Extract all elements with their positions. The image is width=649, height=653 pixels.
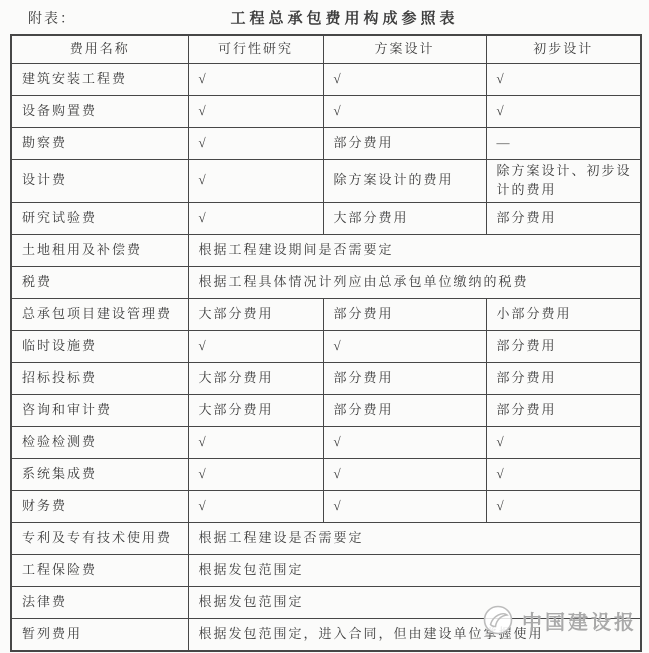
fee-value-cell: √ (323, 458, 486, 490)
table-row: 咨询和审计费大部分费用部分费用部分费用 (11, 394, 641, 426)
fee-name-cell: 设计费 (11, 160, 188, 203)
fee-name-cell: 法律费 (11, 586, 188, 618)
column-header-2: 可行性研究 (188, 35, 323, 64)
fee-name-cell: 专利及专有技术使用费 (11, 522, 188, 554)
watermark: 中国建设报 (482, 604, 637, 636)
page-title: 工程总承包费用构成参照表 (230, 7, 458, 28)
fee-value-cell: √ (188, 330, 323, 362)
fee-value-cell: √ (188, 426, 323, 458)
table-row: 检验检测费√√√ (11, 426, 641, 458)
fee-value-cell: 小部分费用 (486, 298, 641, 330)
table-row: 系统集成费√√√ (11, 458, 641, 490)
fee-value-cell: 部分费用 (323, 362, 486, 394)
fee-name-cell: 勘察费 (11, 128, 188, 160)
watermark-text: 中国建设报 (522, 606, 637, 635)
china-construction-news-logo-icon (482, 604, 514, 636)
fee-value-cell: — (486, 128, 641, 160)
fee-span-cell: 根据工程具体情况计列应由总承包单位缴纳的税费 (188, 266, 641, 298)
fee-value-cell: √ (188, 458, 323, 490)
fee-span-cell: 根据工程建设期间是否需要定 (188, 234, 641, 266)
fee-value-cell: 大部分费用 (323, 202, 486, 234)
fee-value-cell: 大部分费用 (188, 362, 323, 394)
fee-name-cell: 研究试验费 (11, 202, 188, 234)
caption-row: 附表： 工程总承包费用构成参照表 (0, 0, 649, 34)
fee-value-cell: √ (323, 490, 486, 522)
fee-name-cell: 检验检测费 (11, 426, 188, 458)
table-row: 临时设施费√√部分费用 (11, 330, 641, 362)
fee-value-cell: √ (188, 202, 323, 234)
fee-value-cell: √ (323, 96, 486, 128)
fee-value-cell: 部分费用 (486, 330, 641, 362)
fee-name-cell: 工程保险费 (11, 554, 188, 586)
fee-name-cell: 总承包项目建设管理费 (11, 298, 188, 330)
table-row: 建筑安装工程费√√√ (11, 64, 641, 96)
fee-value-cell: √ (323, 64, 486, 96)
table-row: 工程保险费根据发包范围定 (11, 554, 641, 586)
table-row: 勘察费√部分费用— (11, 128, 641, 160)
fee-name-cell: 系统集成费 (11, 458, 188, 490)
fee-value-cell: 大部分费用 (188, 394, 323, 426)
fee-name-cell: 财务费 (11, 490, 188, 522)
fee-name-cell: 咨询和审计费 (11, 394, 188, 426)
table-row: 招标投标费大部分费用部分费用部分费用 (11, 362, 641, 394)
fee-value-cell: √ (323, 426, 486, 458)
fee-value-cell: 部分费用 (323, 128, 486, 160)
fee-value-cell: √ (486, 490, 641, 522)
fee-name-cell: 设备购置费 (11, 96, 188, 128)
table-row: 专利及专有技术使用费根据工程建设是否需要定 (11, 522, 641, 554)
table-row: 土地租用及补偿费根据工程建设期间是否需要定 (11, 234, 641, 266)
fee-value-cell: 部分费用 (486, 362, 641, 394)
fee-value-cell: √ (323, 330, 486, 362)
fee-value-cell: 部分费用 (323, 298, 486, 330)
fee-composition-table: 费用名称可行性研究方案设计初步设计 建筑安装工程费√√√设备购置费√√√勘察费√… (10, 34, 642, 652)
fee-value-cell: √ (188, 490, 323, 522)
fee-span-cell: 根据工程建设是否需要定 (188, 522, 641, 554)
fee-value-cell: √ (188, 64, 323, 96)
fee-value-cell: 部分费用 (486, 202, 641, 234)
fee-name-cell: 临时设施费 (11, 330, 188, 362)
fee-value-cell: √ (486, 64, 641, 96)
fee-value-cell: √ (188, 96, 323, 128)
fee-value-cell: 部分费用 (323, 394, 486, 426)
fee-value-cell: 除方案设计的费用 (323, 160, 486, 203)
fee-span-cell: 根据发包范围定 (188, 554, 641, 586)
fee-value-cell: √ (188, 128, 323, 160)
fee-name-cell: 税费 (11, 266, 188, 298)
fee-value-cell: 大部分费用 (188, 298, 323, 330)
fee-name-cell: 建筑安装工程费 (11, 64, 188, 96)
table-row: 设计费√除方案设计的费用除方案设计、初步设计的费用 (11, 160, 641, 203)
fee-value-cell: √ (486, 426, 641, 458)
table-header-row: 费用名称可行性研究方案设计初步设计 (11, 35, 641, 64)
attachment-label: 附表： (28, 8, 76, 28)
column-header-4: 初步设计 (486, 35, 641, 64)
fee-value-cell: 部分费用 (486, 394, 641, 426)
table-row: 税费根据工程具体情况计列应由总承包单位缴纳的税费 (11, 266, 641, 298)
fee-name-cell: 土地租用及补偿费 (11, 234, 188, 266)
fee-value-cell: √ (486, 96, 641, 128)
table-row: 设备购置费√√√ (11, 96, 641, 128)
fee-value-cell: √ (486, 458, 641, 490)
table-row: 研究试验费√大部分费用部分费用 (11, 202, 641, 234)
table-row: 总承包项目建设管理费大部分费用部分费用小部分费用 (11, 298, 641, 330)
column-header-3: 方案设计 (323, 35, 486, 64)
fee-name-cell: 招标投标费 (11, 362, 188, 394)
fee-value-cell: 除方案设计、初步设计的费用 (486, 160, 641, 203)
column-header-1: 费用名称 (11, 35, 188, 64)
fee-value-cell: √ (188, 160, 323, 203)
fee-name-cell: 暂列费用 (11, 618, 188, 651)
table-row: 财务费√√√ (11, 490, 641, 522)
